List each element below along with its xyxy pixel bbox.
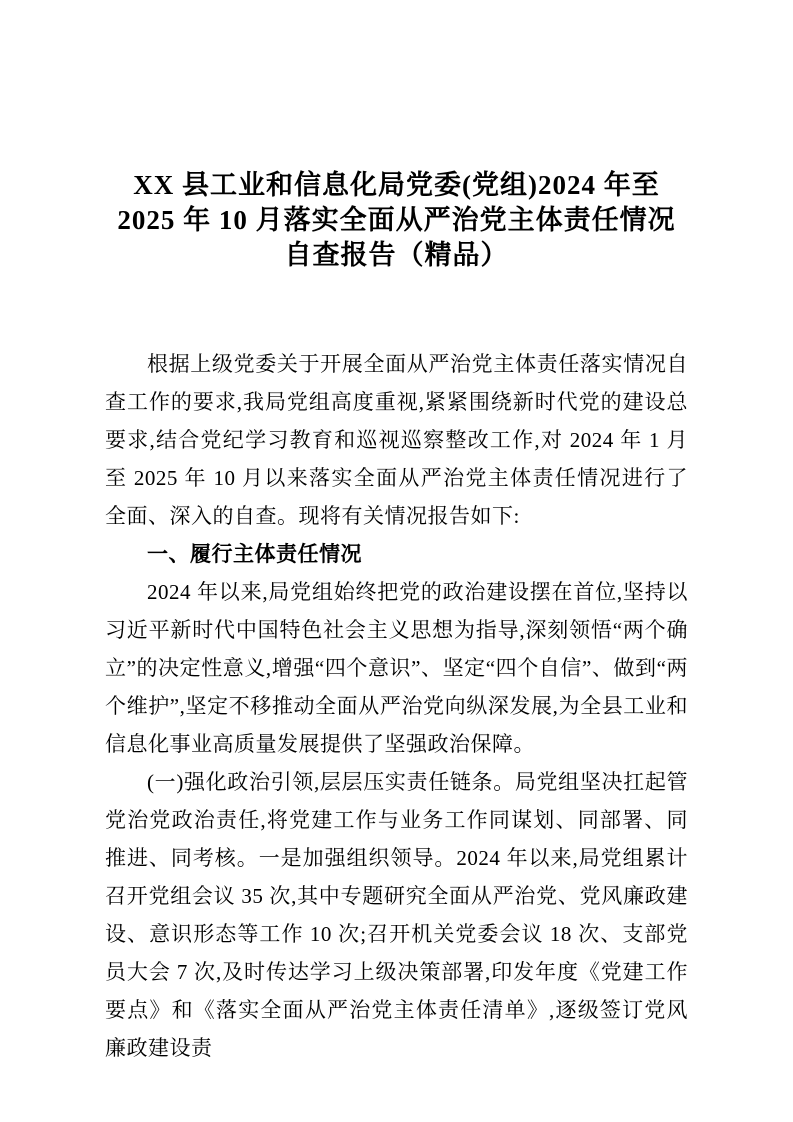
title-line-3: 自查报告（精品） bbox=[105, 238, 688, 273]
paragraph-intro: 根据上级党委关于开展全面从严治党主体责任落实情况自查工作的要求,我局党组高度重视… bbox=[105, 345, 688, 535]
paragraph-political-building: 2024 年以来,局党组始终把党的政治建设摆在首位,坚持以习近平新时代中国特色社… bbox=[105, 573, 688, 763]
section-heading-duty-fulfillment: 一、履行主体责任情况 bbox=[105, 535, 688, 573]
document-page: XX 县工业和信息化局党委(党组)2024 年至 2025 年 10 月落实全面… bbox=[0, 0, 793, 1122]
paragraph-responsibility-chain: (一)强化政治引领,层层压实责任链条。局党组坚决扛起管党治党政治责任,将党建工作… bbox=[105, 763, 688, 1067]
title-line-1: XX 县工业和信息化局党委(党组)2024 年至 bbox=[105, 168, 688, 203]
title-line-2: 2025 年 10 月落实全面从严治党主体责任情况 bbox=[105, 203, 688, 238]
document-title: XX 县工业和信息化局党委(党组)2024 年至 2025 年 10 月落实全面… bbox=[105, 168, 688, 273]
